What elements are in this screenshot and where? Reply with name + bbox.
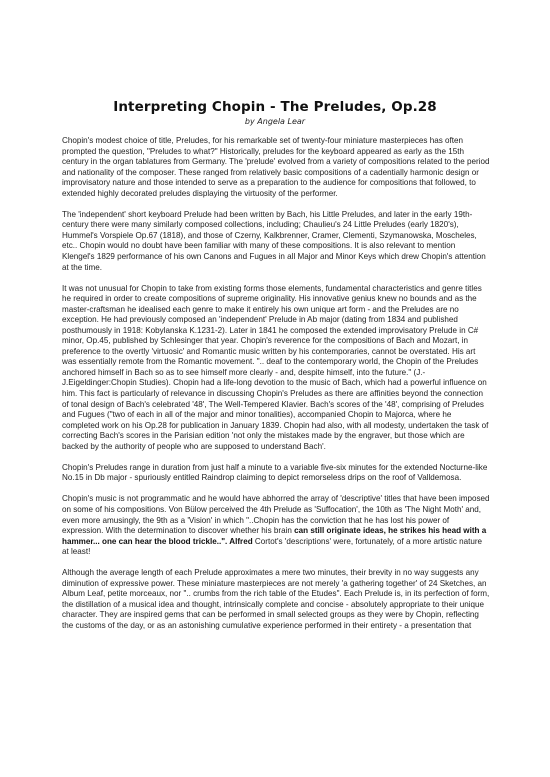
author-byline: by Angela Lear [0,117,550,126]
paragraph-4: Chopin's Preludes range in duration from… [62,463,490,484]
paragraph-2: The 'independent' short keyboard Prelude… [62,210,490,273]
paragraph-5: Chopin's music is not programmatic and h… [62,494,490,557]
paragraph-3: It was not unusual for Chopin to take fr… [62,284,490,453]
paragraph-1: Chopin's modest choice of title, Prelude… [62,136,490,199]
document-title: Interpreting Chopin - The Preludes, Op.2… [0,99,550,115]
paragraph-6: Although the average length of each Prel… [62,568,490,631]
article-body: Chopin's modest choice of title, Prelude… [62,136,490,642]
document-page: Interpreting Chopin - The Preludes, Op.2… [0,0,550,777]
